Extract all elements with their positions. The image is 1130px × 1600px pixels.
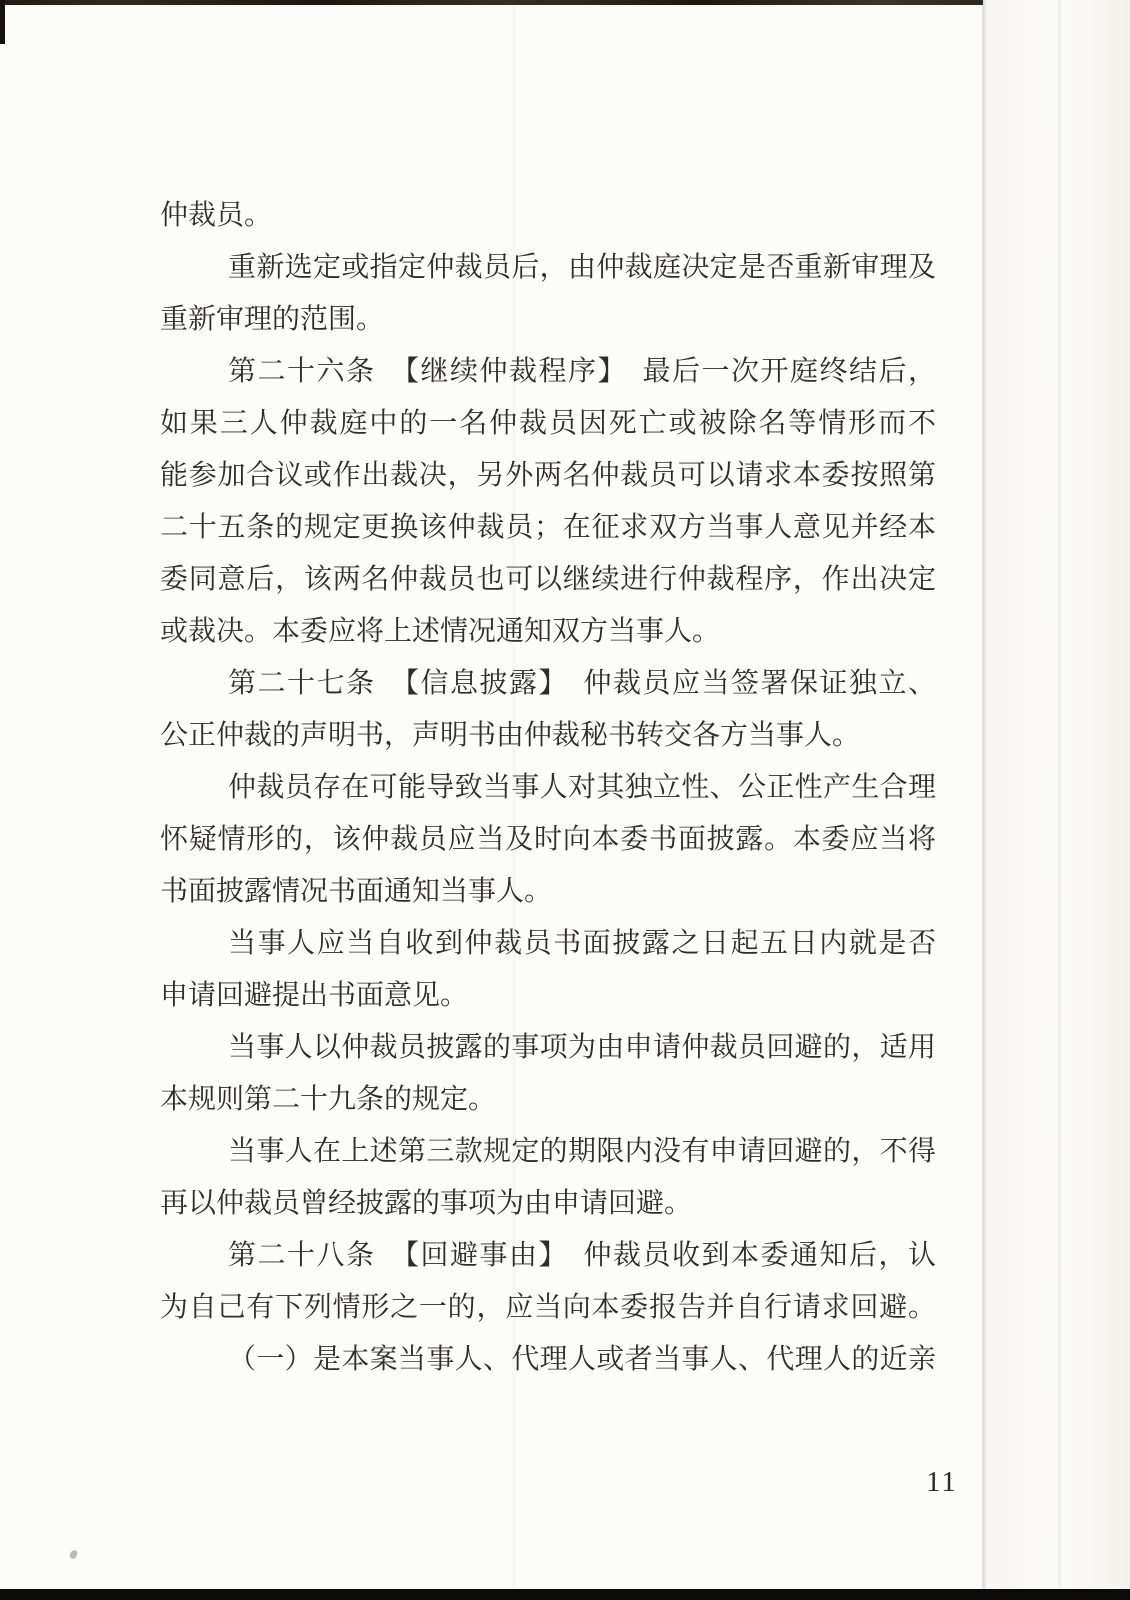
text-line: 仲裁员存在可能导致当事人对其独立性、公正性产生合理 xyxy=(160,762,936,814)
scanned-document-page: 仲裁员。重新选定或指定仲裁员后，由仲裁庭决定是否重新审理及重新审理的范围。第二十… xyxy=(0,0,1130,1600)
text-line: 或裁决。本委应将上述情况通知双方当事人。 xyxy=(160,606,936,658)
page-curl-shade xyxy=(983,0,1130,1600)
text-line: 当事人在上述第三款规定的期限内没有申请回避的，不得 xyxy=(160,1126,936,1178)
text-line: 委同意后，该两名仲裁员也可以继续进行仲裁程序，作出决定 xyxy=(160,554,936,606)
text-line: 二十五条的规定更换该仲裁员；在征求双方当事人意见并经本 xyxy=(160,502,936,554)
text-line: 如果三人仲裁庭中的一名仲裁员因死亡或被除名等情形而不 xyxy=(160,398,936,450)
list-item-line: （一）是本案当事人、代理人或者当事人、代理人的近亲 xyxy=(160,1334,936,1386)
text-line: 怀疑情形的，该仲裁员应当及时向本委书面披露。本委应当将 xyxy=(160,814,936,866)
text-line: 能参加合议或作出裁决，另外两名仲裁员可以请求本委按照第 xyxy=(160,450,936,502)
text-line: 书面披露情况书面通知当事人。 xyxy=(160,866,936,918)
scan-artifact-top-edge xyxy=(0,0,1130,5)
text-line: 申请回避提出书面意见。 xyxy=(160,970,936,1022)
text-line: 公正仲裁的声明书，声明书由仲裁秘书转交各方当事人。 xyxy=(160,710,936,762)
page-number: 11 xyxy=(926,1466,986,1499)
ink-speck xyxy=(69,1549,78,1560)
scan-artifact-left-corner xyxy=(0,0,5,44)
page-crease-line-faint xyxy=(1058,0,1061,1600)
text-line: 重新审理的范围。 xyxy=(160,294,936,346)
article-heading-line: 第二十七条 【信息披露】 仲裁员应当签署保证独立、 xyxy=(160,658,936,710)
text-line: 当事人应当自收到仲裁员书面披露之日起五日内就是否 xyxy=(160,918,936,970)
text-line: 为自己有下列情形之一的，应当向本委报告并自行请求回避。 xyxy=(160,1282,936,1334)
article-heading-line: 第二十八条 【回避事由】 仲裁员收到本委通知后，认 xyxy=(160,1230,936,1282)
document-body: 仲裁员。重新选定或指定仲裁员后，由仲裁庭决定是否重新审理及重新审理的范围。第二十… xyxy=(160,190,936,1386)
text-line: 仲裁员。 xyxy=(160,190,936,242)
scan-artifact-bottom-edge xyxy=(0,1589,1130,1600)
text-line: 重新选定或指定仲裁员后，由仲裁庭决定是否重新审理及 xyxy=(160,242,936,294)
text-line: 当事人以仲裁员披露的事项为由申请仲裁员回避的，适用 xyxy=(160,1022,936,1074)
text-line: 本规则第二十九条的规定。 xyxy=(160,1074,936,1126)
article-heading-line: 第二十六条 【继续仲裁程序】 最后一次开庭终结后， xyxy=(160,346,936,398)
page-crease-line xyxy=(981,0,986,1600)
text-line: 再以仲裁员曾经披露的事项为由申请回避。 xyxy=(160,1178,936,1230)
